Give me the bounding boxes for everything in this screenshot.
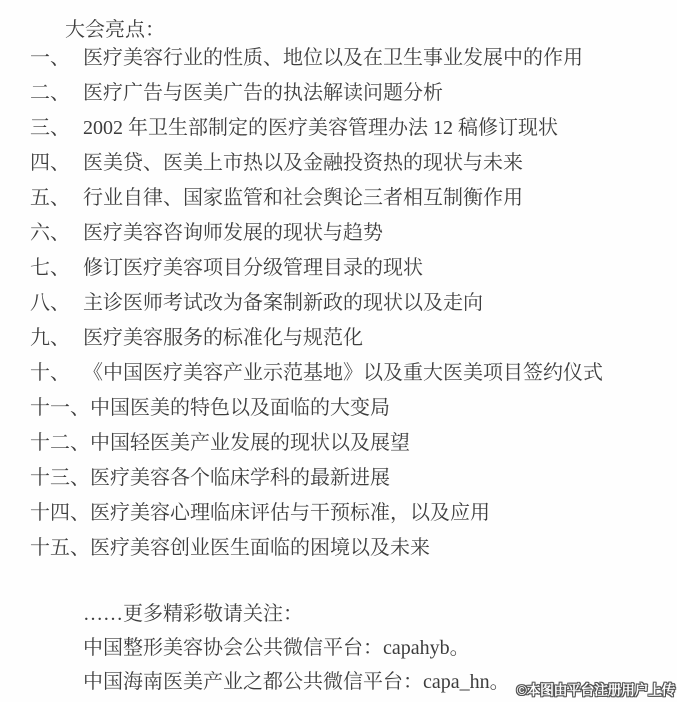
list-item-text: 行业自律、国家监管和社会舆论三者相互制衡作用	[83, 181, 523, 216]
list-item-text: 医疗美容心理临床评估与干预标准，以及应用	[90, 496, 490, 531]
list-item-number: 十五、	[30, 531, 90, 566]
list-item: 三、 2002 年卫生部制定的医疗美容管理办法 12 稿修订现状	[30, 111, 673, 146]
list-item-number: 七、	[30, 251, 83, 286]
list-item-number: 十四、	[30, 496, 90, 531]
list-item-text: 《中国医疗美容产业示范基地》以及重大医美项目签约仪式	[83, 356, 603, 391]
footer-note: ……更多精彩敬请关注： 中国整形美容协会公共微信平台：capahyb。 中国海南…	[83, 597, 510, 699]
list-item: 十二、 中国轻医美产业发展的现状以及展望	[30, 426, 673, 461]
list-item-number: 八、	[30, 286, 83, 321]
list-item-number: 三、	[30, 111, 83, 146]
list-item-text: 医疗美容创业医生面临的困境以及未来	[90, 531, 430, 566]
list-item-text: 医疗广告与医美广告的执法解读问题分析	[83, 76, 443, 111]
list-item-number: 十一、	[30, 391, 90, 426]
list-item: 四、 医美贷、医美上市热以及金融投资热的现状与未来	[30, 146, 673, 181]
list-item-text: 医疗美容各个临床学科的最新进展	[90, 461, 390, 496]
list-item: 二、 医疗广告与医美广告的执法解读问题分析	[30, 76, 673, 111]
list-item: 十四、 医疗美容心理临床评估与干预标准，以及应用	[30, 496, 673, 531]
list-item-number: 十、	[30, 356, 83, 391]
footer-more-line: ……更多精彩敬请关注：	[83, 597, 510, 631]
list-item-text: 医疗美容咨询师发展的现状与趋势	[83, 216, 383, 251]
list-item: 十三、 医疗美容各个临床学科的最新进展	[30, 461, 673, 496]
list-item-text: 中国轻医美产业发展的现状以及展望	[90, 426, 410, 461]
list-item-text: 中国医美的特色以及面临的大变局	[90, 391, 390, 426]
list-item-text: 医美贷、医美上市热以及金融投资热的现状与未来	[83, 146, 523, 181]
list-item: 七、 修订医疗美容项目分级管理目录的现状	[30, 251, 673, 286]
uploader-watermark: ©本图由平台注册用户上传	[517, 680, 675, 700]
document-page: 大会亮点： 一、 医疗美容行业的性质、地位以及在卫生事业发展中的作用 二、 医疗…	[0, 0, 677, 702]
list-item: 一、 医疗美容行业的性质、地位以及在卫生事业发展中的作用	[30, 41, 673, 76]
list-item-text: 医疗美容服务的标准化与规范化	[83, 321, 363, 356]
list-item-number: 十二、	[30, 426, 90, 461]
list-item-number: 十三、	[30, 461, 90, 496]
list-item: 九、 医疗美容服务的标准化与规范化	[30, 321, 673, 356]
list-item-text: 医疗美容行业的性质、地位以及在卫生事业发展中的作用	[83, 41, 583, 76]
list-item-number: 一、	[30, 41, 83, 76]
list-item: 十、 《中国医疗美容产业示范基地》以及重大医美项目签约仪式	[30, 356, 673, 391]
list-item-text: 主诊医师考试改为备案制新政的现状以及走向	[83, 286, 483, 321]
list-item-number: 四、	[30, 146, 83, 181]
list-item-text: 2002 年卫生部制定的医疗美容管理办法 12 稿修订现状	[83, 111, 558, 146]
page-title: 大会亮点：	[65, 19, 165, 41]
list-item: 五、 行业自律、国家监管和社会舆论三者相互制衡作用	[30, 181, 673, 216]
highlights-list: 一、 医疗美容行业的性质、地位以及在卫生事业发展中的作用 二、 医疗广告与医美广…	[30, 41, 673, 566]
footer-wechat-hainan-line: 中国海南医美产业之都公共微信平台：capa_hn。	[83, 665, 510, 699]
list-item-number: 六、	[30, 216, 83, 251]
list-item: 十一、 中国医美的特色以及面临的大变局	[30, 391, 673, 426]
list-item-text: 修订医疗美容项目分级管理目录的现状	[83, 251, 423, 286]
list-item-number: 二、	[30, 76, 83, 111]
list-item: 六、 医疗美容咨询师发展的现状与趋势	[30, 216, 673, 251]
list-item: 八、 主诊医师考试改为备案制新政的现状以及走向	[30, 286, 673, 321]
footer-wechat-capa-line: 中国整形美容协会公共微信平台：capahyb。	[83, 631, 510, 665]
list-item-number: 五、	[30, 181, 83, 216]
list-item-number: 九、	[30, 321, 83, 356]
list-item: 十五、 医疗美容创业医生面临的困境以及未来	[30, 531, 673, 566]
